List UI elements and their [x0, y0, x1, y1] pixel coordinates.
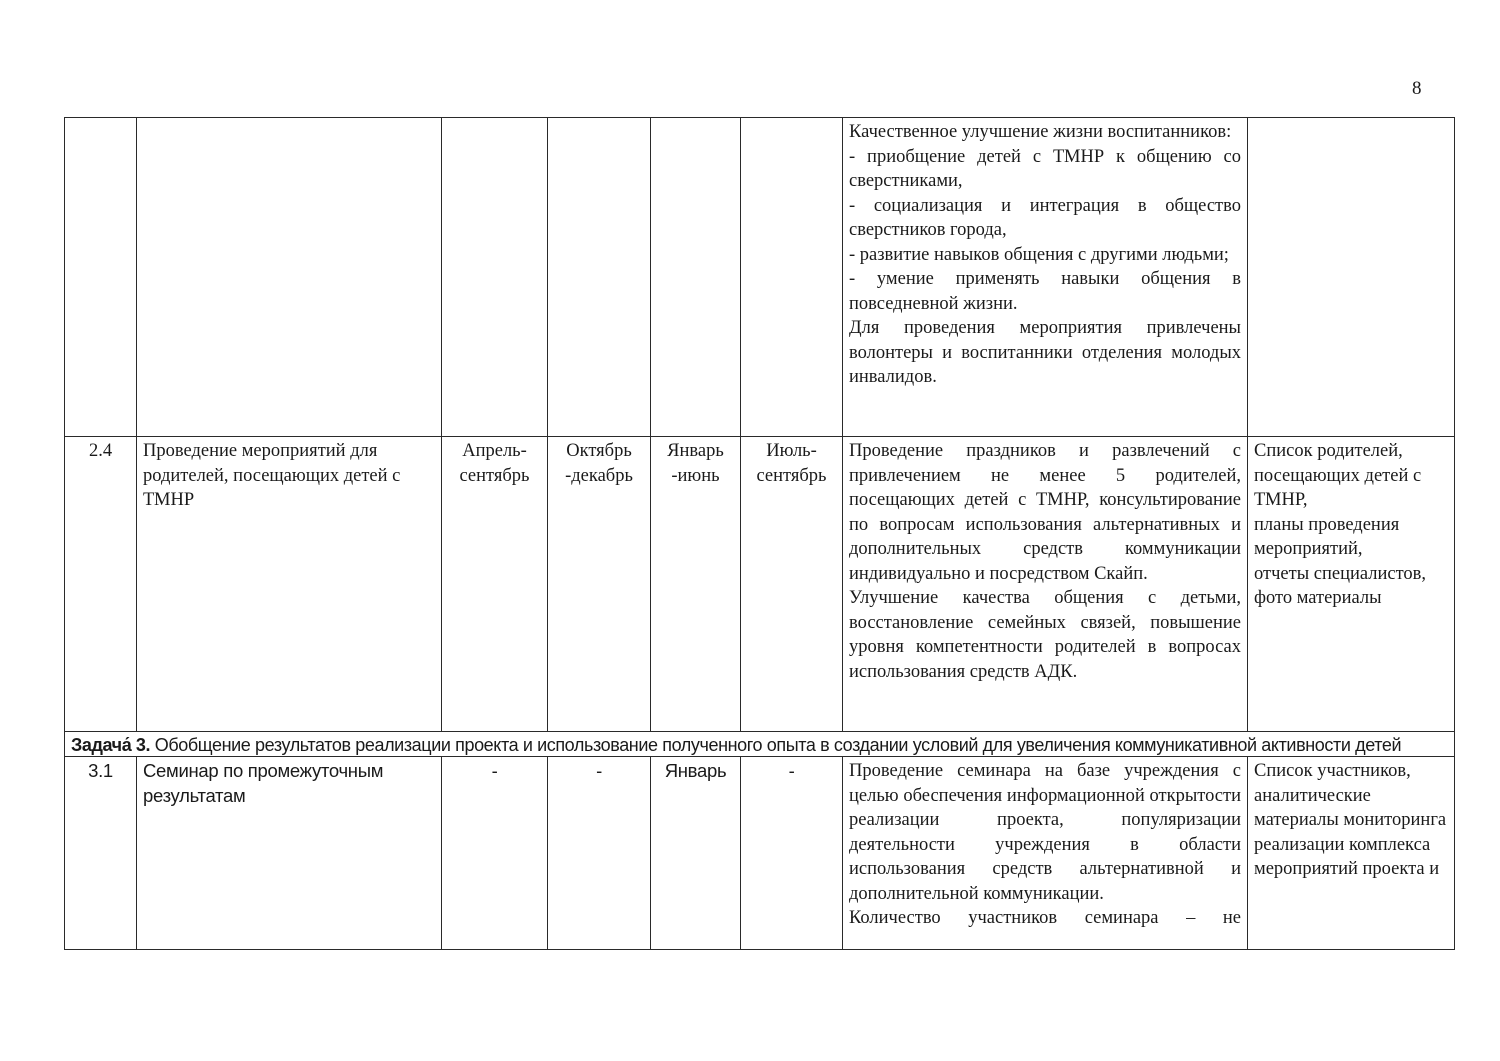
period-cell-4: - — [741, 757, 843, 950]
period-cell-4: Июль-сентябрь — [741, 437, 843, 732]
evidence-line: отчеты специалистов, — [1254, 562, 1448, 587]
results-paragraph: Качественное улучшение жизни воспитанник… — [849, 120, 1241, 145]
period-cell-4 — [741, 118, 843, 437]
task-3-header: Задача́ 3. Обобщение результатов реализа… — [65, 732, 1455, 757]
project-plan-table: Качественное улучшение жизни воспитанник… — [64, 117, 1455, 950]
page-number: 8 — [1412, 78, 1422, 100]
results-paragraph: - развитие навыков общения с другими люд… — [849, 243, 1241, 268]
row-number: 2.4 — [65, 437, 137, 732]
task-description: Обобщение результатов реализации проекта… — [150, 735, 1401, 755]
period-cell-1: Апрель-сентябрь — [442, 437, 548, 732]
row-number — [65, 118, 137, 437]
table-row-2-4: 2.4 Проведение мероприятий для родителей… — [65, 437, 1455, 732]
results-paragraph: Проведение праздников и развлечений с пр… — [849, 439, 1241, 586]
table-row-3-1: 3.1 Семинар по промежуточным результатам… — [65, 757, 1455, 950]
period-cell-2: Октябрь -декабрь — [548, 437, 651, 732]
period-cell-2: - — [548, 757, 651, 950]
activity-cell: Проведение мероприятий для родителей, по… — [137, 437, 442, 732]
results-cell: Проведение праздников и развлечений с пр… — [843, 437, 1248, 732]
period-cell-3: Январь -июнь — [651, 437, 741, 732]
period-cell-3: Январь — [651, 757, 741, 950]
row-number: 3.1 — [65, 757, 137, 950]
evidence-line: Список родителей, посещающих детей с ТМН… — [1254, 439, 1448, 513]
results-cell: Качественное улучшение жизни воспитанник… — [843, 118, 1248, 437]
evidence-cell: Список участников, аналитические материа… — [1248, 757, 1455, 950]
task-label: Задача́ 3. — [71, 735, 150, 755]
results-paragraph: Улучшение качества общения с детьми, вос… — [849, 586, 1241, 684]
evidence-cell: Список родителей, посещающих детей с ТМН… — [1248, 437, 1455, 732]
evidence-line: фото материалы — [1254, 586, 1448, 611]
results-paragraph: - умение применять навыки общения в повс… — [849, 267, 1241, 316]
results-paragraph: - приобщение детей с ТМНР к общению со с… — [849, 145, 1241, 194]
activity-cell — [137, 118, 442, 437]
results-cell: Проведение семинара на базе учреждения с… — [843, 757, 1248, 950]
results-paragraph: - социализация и интеграция в общество с… — [849, 194, 1241, 243]
table-row-continued: Качественное улучшение жизни воспитанник… — [65, 118, 1455, 437]
period-cell-2 — [548, 118, 651, 437]
evidence-line: планы проведения мероприятий, — [1254, 513, 1448, 562]
evidence-cell — [1248, 118, 1455, 437]
period-cell-1 — [442, 118, 548, 437]
task-3-header-row: Задача́ 3. Обобщение результатов реализа… — [65, 732, 1455, 757]
period-cell-3 — [651, 118, 741, 437]
period-cell-1: - — [442, 757, 548, 950]
results-paragraph: Для проведения мероприятия привлечены во… — [849, 316, 1241, 390]
results-paragraph: Проведение семинара на базе учреждения с… — [849, 759, 1241, 906]
results-paragraph: Количество участников семинара – не — [849, 906, 1241, 931]
activity-cell: Семинар по промежуточным результатам — [137, 757, 442, 950]
